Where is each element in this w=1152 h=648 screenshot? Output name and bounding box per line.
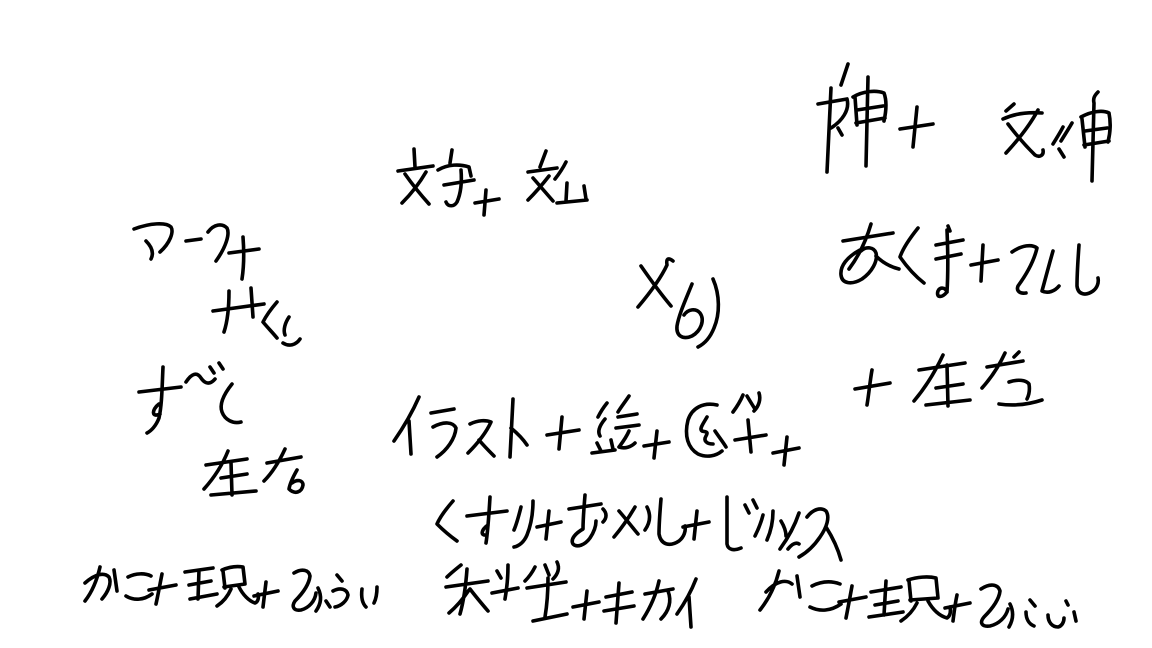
- canvas-background: [0, 0, 1152, 648]
- handwriting-layer: [0, 0, 1152, 648]
- drawing-canvas[interactable]: [0, 0, 1152, 648]
